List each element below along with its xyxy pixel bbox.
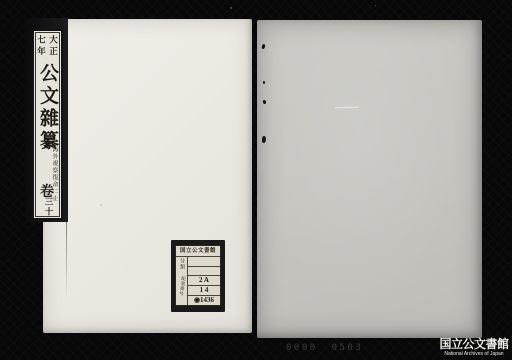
volume-number: 三十: [43, 197, 55, 219]
dust-speck: [100, 204, 102, 206]
shelf-value-row: 1 4: [188, 286, 220, 296]
microfilm-frame-number: 0000 0503: [286, 343, 363, 353]
archive-watermark-en: National Archives of Japan: [438, 351, 510, 357]
shelf-number-label: 配架番号: [177, 276, 187, 305]
archive-watermark: 国立公文書館 National Archives of Japan: [438, 338, 510, 357]
dust-speck: [230, 7, 232, 9]
classification-blank-row: [188, 267, 220, 277]
scratch-mark: [335, 107, 359, 109]
library-label-header: 国立公文書館: [176, 246, 220, 257]
cover-crease: [66, 222, 67, 300]
shelf-value-row: 2 A: [188, 276, 220, 286]
spine-title-label-border: 大正七年 公文雜纂 海外視察復命二止 卷 三十: [35, 32, 60, 217]
binding-mark: [261, 44, 266, 50]
library-label-left-column: 分類 配架番号: [176, 257, 188, 305]
classification-blank-row: [188, 257, 220, 267]
binding-mark: [263, 81, 265, 84]
era-text: 大正七年: [36, 35, 60, 62]
library-label: 国立公文書館 分類 配架番号 2 A 1 4 ◉1436: [175, 245, 221, 306]
shelf-value-row: ◉1436: [188, 296, 220, 305]
library-label-right-column: 2 A 1 4 ◉1436: [188, 257, 220, 305]
classification-label: 分類: [178, 258, 185, 272]
spine-title-label: 大正七年 公文雜纂 海外視察復命二止 卷 三十: [32, 29, 63, 220]
dust-speck: [375, 5, 376, 6]
binding-mark: [263, 100, 267, 105]
archive-watermark-jp: 国立公文書館: [438, 338, 510, 351]
right-book-cover: [257, 20, 482, 338]
library-label-body: 分類 配架番号 2 A 1 4 ◉1436: [176, 257, 220, 305]
library-label-frame: 国立公文書館 分類 配架番号 2 A 1 4 ◉1436: [171, 240, 225, 312]
binding-mark: [262, 136, 267, 143]
volume-title: 公文雜纂: [36, 63, 59, 159]
scan-background: 大正七年 公文雜纂 海外視察復命二止 卷 三十 国立公文書館 分類 配架番号 2…: [0, 0, 512, 360]
